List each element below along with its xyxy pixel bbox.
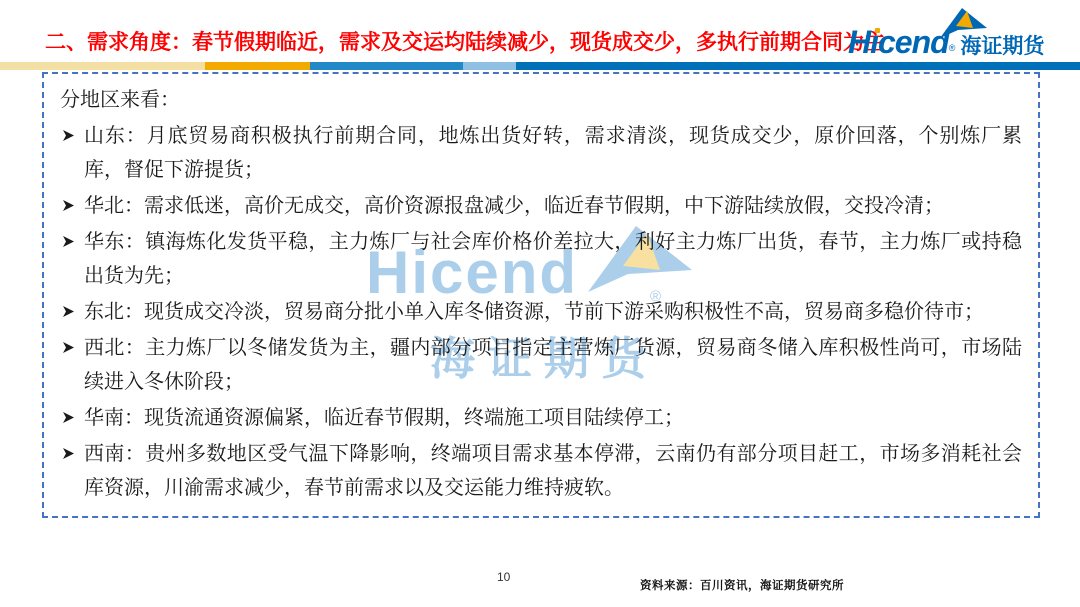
source-note: 资料来源：百川资讯，海证期货研究所 xyxy=(640,577,844,593)
bullet-huanan: 华南：现货流通资源偏紧，临近春节假期，终端施工项目陆续停工； xyxy=(60,401,1022,435)
bullet-xinan: 西南：贵州多数地区受气温下降影响，终端项目需求基本停滞，云南仍有部分项目赶工，市… xyxy=(60,437,1022,505)
bullet-shandong: 山东：月底贸易商积极执行前期合同，地炼出货好转，需求清淡，现货成交少，原价回落，… xyxy=(60,119,1022,187)
bullet-text: 华南：现货流通资源偏紧，临近春节假期，终端施工项目陆续停工； xyxy=(84,407,684,429)
bullet-arrow-icon xyxy=(62,199,75,212)
bullet-dongbei: 东北：现货成交冷淡，贸易商分批小单入库冬储资源，节前下游采购积极性不高，贸易商多… xyxy=(60,295,1022,329)
divider-segment-orange xyxy=(205,62,310,70)
logo-brand-text: Hicend xyxy=(848,24,949,60)
divider-segment-mid-blue xyxy=(310,62,463,70)
bullet-arrow-icon xyxy=(62,447,75,460)
content-box: 分地区来看： 山东：月底贸易商积极执行前期合同，地炼出货好转，需求清淡，现货成交… xyxy=(42,72,1040,518)
bullet-huabei: 华北：需求低迷，高价无成交，高价资源报盘减少，临近春节假期，中下游陆续放假，交投… xyxy=(60,189,1022,223)
page-number: 10 xyxy=(497,570,510,584)
bullet-text: 华东：镇海炼化发货平稳，主力炼厂与社会库价格价差拉大，利好主力炼厂出货，春节，主… xyxy=(84,231,1022,287)
bullet-arrow-icon xyxy=(62,129,75,142)
bullet-text: 东北：现货成交冷淡，贸易商分批小单入库冬储资源，节前下游采购积极性不高，贸易商多… xyxy=(84,301,984,323)
bullet-text: 西南：贵州多数地区受气温下降影响，终端项目需求基本停滞，云南仍有部分项目赶工，市… xyxy=(84,443,1022,499)
bullet-huadong: 华东：镇海炼化发货平稳，主力炼厂与社会库价格价差拉大，利好主力炼厂出货，春节，主… xyxy=(60,225,1022,293)
company-logo: Hicend®海证期货 xyxy=(848,8,1068,62)
divider-segment-light-blue xyxy=(463,62,516,70)
bullet-text: 西北：主力炼厂以冬储发货为主，疆内部分项目指定主营炼厂货源，贸易商冬储入库积极性… xyxy=(84,337,1022,393)
header-divider-bar xyxy=(0,62,1080,70)
intro-line: 分地区来看： xyxy=(60,83,1022,117)
bullet-arrow-icon xyxy=(62,341,75,354)
logo-i-dot-accent xyxy=(875,28,880,33)
bullet-arrow-icon xyxy=(62,235,75,248)
logo-chinese-name: 海证期货 xyxy=(960,35,1044,58)
logo-registered-mark: ® xyxy=(949,43,956,53)
bullet-text: 华北：需求低迷，高价无成交，高价资源报盘减少，临近春节假期，中下游陆续放假，交投… xyxy=(84,195,944,217)
divider-segment-cream xyxy=(0,62,205,70)
slide: 二、需求角度：春节假期临近，需求及交运均陆续减少，现货成交少，多执行前期合同为主… xyxy=(0,0,1080,607)
bullet-text: 山东：月底贸易商积极执行前期合同，地炼出货好转，需求清淡，现货成交少，原价回落，… xyxy=(84,125,1022,181)
bullet-arrow-icon xyxy=(62,411,75,424)
page-title: 二、需求角度：春节假期临近，需求及交运均陆续减少，现货成交少，多执行前期合同为主 xyxy=(45,26,885,56)
bullet-arrow-icon xyxy=(62,305,75,318)
bullet-xibei: 西北：主力炼厂以冬储发货为主，疆内部分项目指定主营炼厂货源，贸易商冬储入库积极性… xyxy=(60,331,1022,399)
divider-segment-dark-blue xyxy=(516,62,1080,70)
